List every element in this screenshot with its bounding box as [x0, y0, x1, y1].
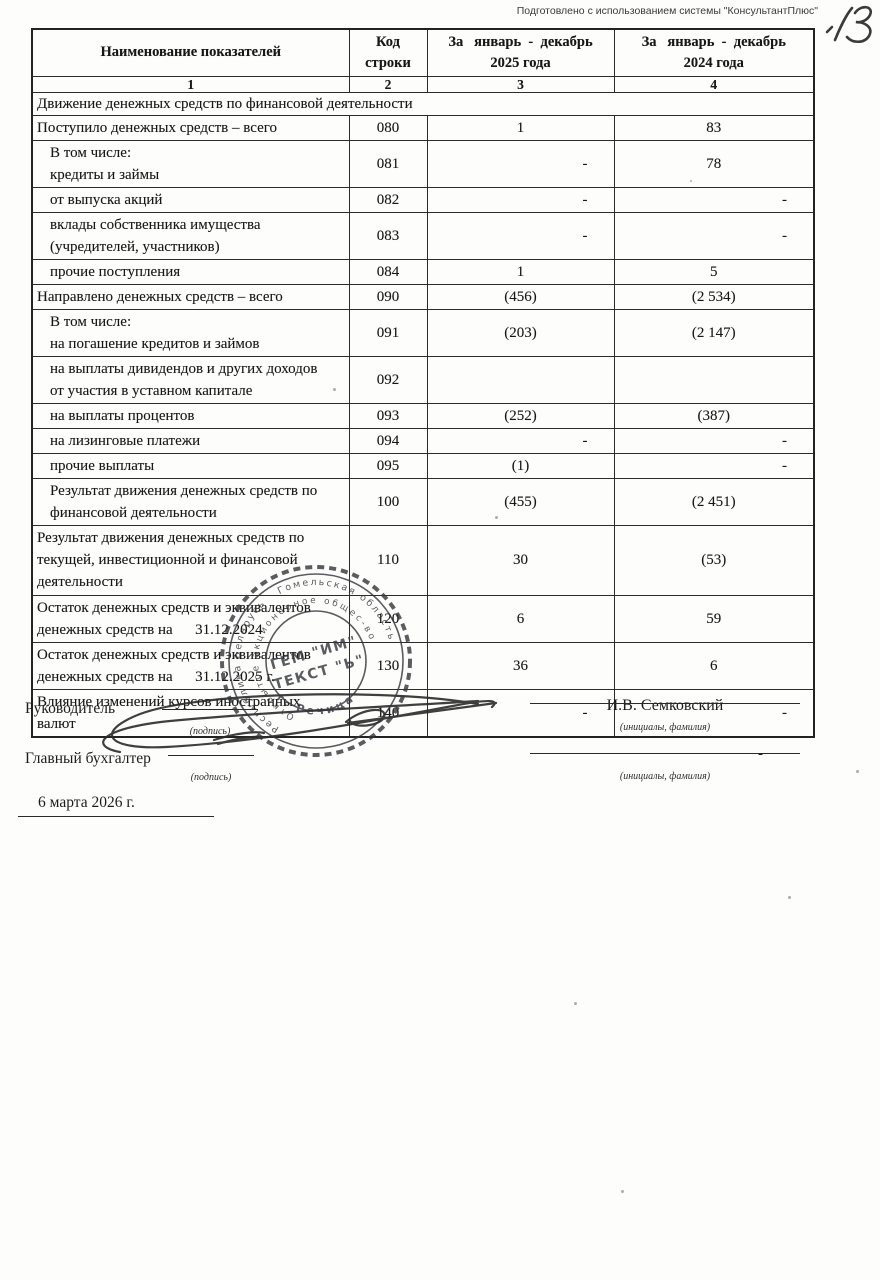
value-2024: - [614, 453, 814, 478]
scan-speck [788, 896, 791, 899]
accountant-name-caption: (инициалы, фамилия) [545, 771, 785, 782]
row-label: на выплаты процентов [32, 403, 349, 428]
table-row: Направлено денежных средств – всего090(4… [32, 284, 814, 309]
table-row: от выпуска акций082-- [32, 187, 814, 212]
col-number-2: 2 [349, 76, 427, 92]
row-label: Остаток денежных средств и эквивалентов … [32, 642, 349, 689]
value-2025: (456) [427, 284, 614, 309]
value-2024: - [614, 428, 814, 453]
table-row: прочие выплаты095(1)- [32, 453, 814, 478]
value-2024: (387) [614, 403, 814, 428]
scanned-document-page: Подготовлено с использованием системы "К… [0, 0, 880, 1280]
row-code: 091 [349, 309, 427, 356]
row-code: 084 [349, 259, 427, 284]
director-name-caption: (инициалы, фамилия) [545, 722, 785, 733]
director-label: Руководитель [25, 700, 115, 718]
accountant-signature-line [168, 755, 254, 756]
accountant-name-line [530, 753, 800, 754]
table-row: Поступило денежных средств – всего080183 [32, 115, 814, 140]
scan-speck [333, 388, 336, 391]
row-label: от выпуска акций [32, 187, 349, 212]
document-date: 6 марта 2026 г. [18, 794, 214, 817]
value-2025 [427, 356, 614, 403]
value-2024: (2 534) [614, 284, 814, 309]
value-2024: (2 147) [614, 309, 814, 356]
table-body: Движение денежных средств по финансовой … [32, 92, 814, 737]
value-2025: 30 [427, 525, 614, 595]
table-row: Результат движения денежных средств по ф… [32, 478, 814, 525]
consultant-plus-note: Подготовлено с использованием системы "К… [517, 5, 818, 17]
column-numbers-row: 1 2 3 4 [32, 76, 814, 92]
value-2025: 36 [427, 642, 614, 689]
row-code: 090 [349, 284, 427, 309]
value-2024: 78 [614, 140, 814, 187]
section-title: Движение денежных средств по финансовой … [32, 92, 814, 115]
value-2024: 6 [614, 642, 814, 689]
col-number-1: 1 [32, 76, 349, 92]
accountant-signature-caption: (подпись) [168, 772, 254, 783]
value-2025: - [427, 428, 614, 453]
row-code: 082 [349, 187, 427, 212]
value-2024: 59 [614, 595, 814, 642]
row-label: Результат движения денежных средств по ф… [32, 478, 349, 525]
scan-speck [574, 1002, 577, 1005]
row-code: 094 [349, 428, 427, 453]
value-2025: (1) [427, 453, 614, 478]
row-label: Результат движения денежных средств по т… [32, 525, 349, 595]
value-2025: - [427, 140, 614, 187]
header-period-2024: За январь - декабрь 2024 года [614, 29, 814, 76]
row-label: на выплаты дивидендов и других доходов о… [32, 356, 349, 403]
value-2024: (2 451) [614, 478, 814, 525]
scan-speck [495, 516, 498, 519]
value-2024 [614, 356, 814, 403]
row-code: 092 [349, 356, 427, 403]
row-code: 140 [349, 689, 427, 737]
row-code: 110 [349, 525, 427, 595]
value-2024: 5 [614, 259, 814, 284]
scan-speck [621, 1190, 624, 1193]
header-name: Наименование показателей [32, 29, 349, 76]
row-code: 120 [349, 595, 427, 642]
row-code: 081 [349, 140, 427, 187]
value-2025: 1 [427, 259, 614, 284]
value-2024: - [614, 187, 814, 212]
row-label: В том числе: кредиты и займы [32, 140, 349, 187]
value-2025: (203) [427, 309, 614, 356]
row-label: Поступило денежных средств – всего [32, 115, 349, 140]
col-number-4: 4 [614, 76, 814, 92]
table-row: на выплаты процентов093(252)(387) [32, 403, 814, 428]
value-2025: 6 [427, 595, 614, 642]
value-2025: (455) [427, 478, 614, 525]
row-label: Остаток денежных средств и эквивалентов … [32, 595, 349, 642]
table-row: В том числе: кредиты и займы081-78 [32, 140, 814, 187]
table-row: Остаток денежных средств и эквивалентов … [32, 595, 814, 642]
table-row: прочие поступления08415 [32, 259, 814, 284]
accountant-dash: - [758, 746, 763, 763]
scan-speck [856, 770, 859, 773]
value-2024: 83 [614, 115, 814, 140]
table-row: Остаток денежных средств и эквивалентов … [32, 642, 814, 689]
value-2024: - [614, 212, 814, 259]
row-code: 080 [349, 115, 427, 140]
director-signature-line [162, 709, 258, 710]
row-code: 100 [349, 478, 427, 525]
value-2025: - [427, 212, 614, 259]
value-2025: (252) [427, 403, 614, 428]
row-label: вклады собственника имущества (учредител… [32, 212, 349, 259]
table-row: на выплаты дивидендов и других доходов о… [32, 356, 814, 403]
row-code: 130 [349, 642, 427, 689]
table-row: Результат движения денежных средств по т… [32, 525, 814, 595]
row-label: прочие выплаты [32, 453, 349, 478]
row-code: 093 [349, 403, 427, 428]
director-signature-caption: (подпись) [162, 726, 258, 737]
section-row: Движение денежных средств по финансовой … [32, 92, 814, 115]
table-row: на лизинговые платежи094-- [32, 428, 814, 453]
value-2025: - [427, 187, 614, 212]
director-name: И.В. Семковский [530, 697, 800, 715]
handwritten-page-number: 13 [824, 2, 878, 52]
row-code: 095 [349, 453, 427, 478]
row-label: на лизинговые платежи [32, 428, 349, 453]
row-code: 083 [349, 212, 427, 259]
row-label: прочие поступления [32, 259, 349, 284]
table-row: вклады собственника имущества (учредител… [32, 212, 814, 259]
value-2025: 1 [427, 115, 614, 140]
col-number-3: 3 [427, 76, 614, 92]
director-name-line [530, 703, 800, 704]
header-code: Код строки [349, 29, 427, 76]
table-row: В том числе: на погашение кредитов и зай… [32, 309, 814, 356]
header-period-2025: За январь - декабрь 2025 года [427, 29, 614, 76]
row-label: Направлено денежных средств – всего [32, 284, 349, 309]
cash-flow-table: Наименование показателей Код строки За я… [31, 28, 815, 738]
accountant-label: Главный бухгалтер [25, 750, 151, 768]
scan-speck [690, 180, 692, 182]
table-header-row: Наименование показателей Код строки За я… [32, 29, 814, 76]
value-2024: (53) [614, 525, 814, 595]
row-label: В том числе: на погашение кредитов и зай… [32, 309, 349, 356]
